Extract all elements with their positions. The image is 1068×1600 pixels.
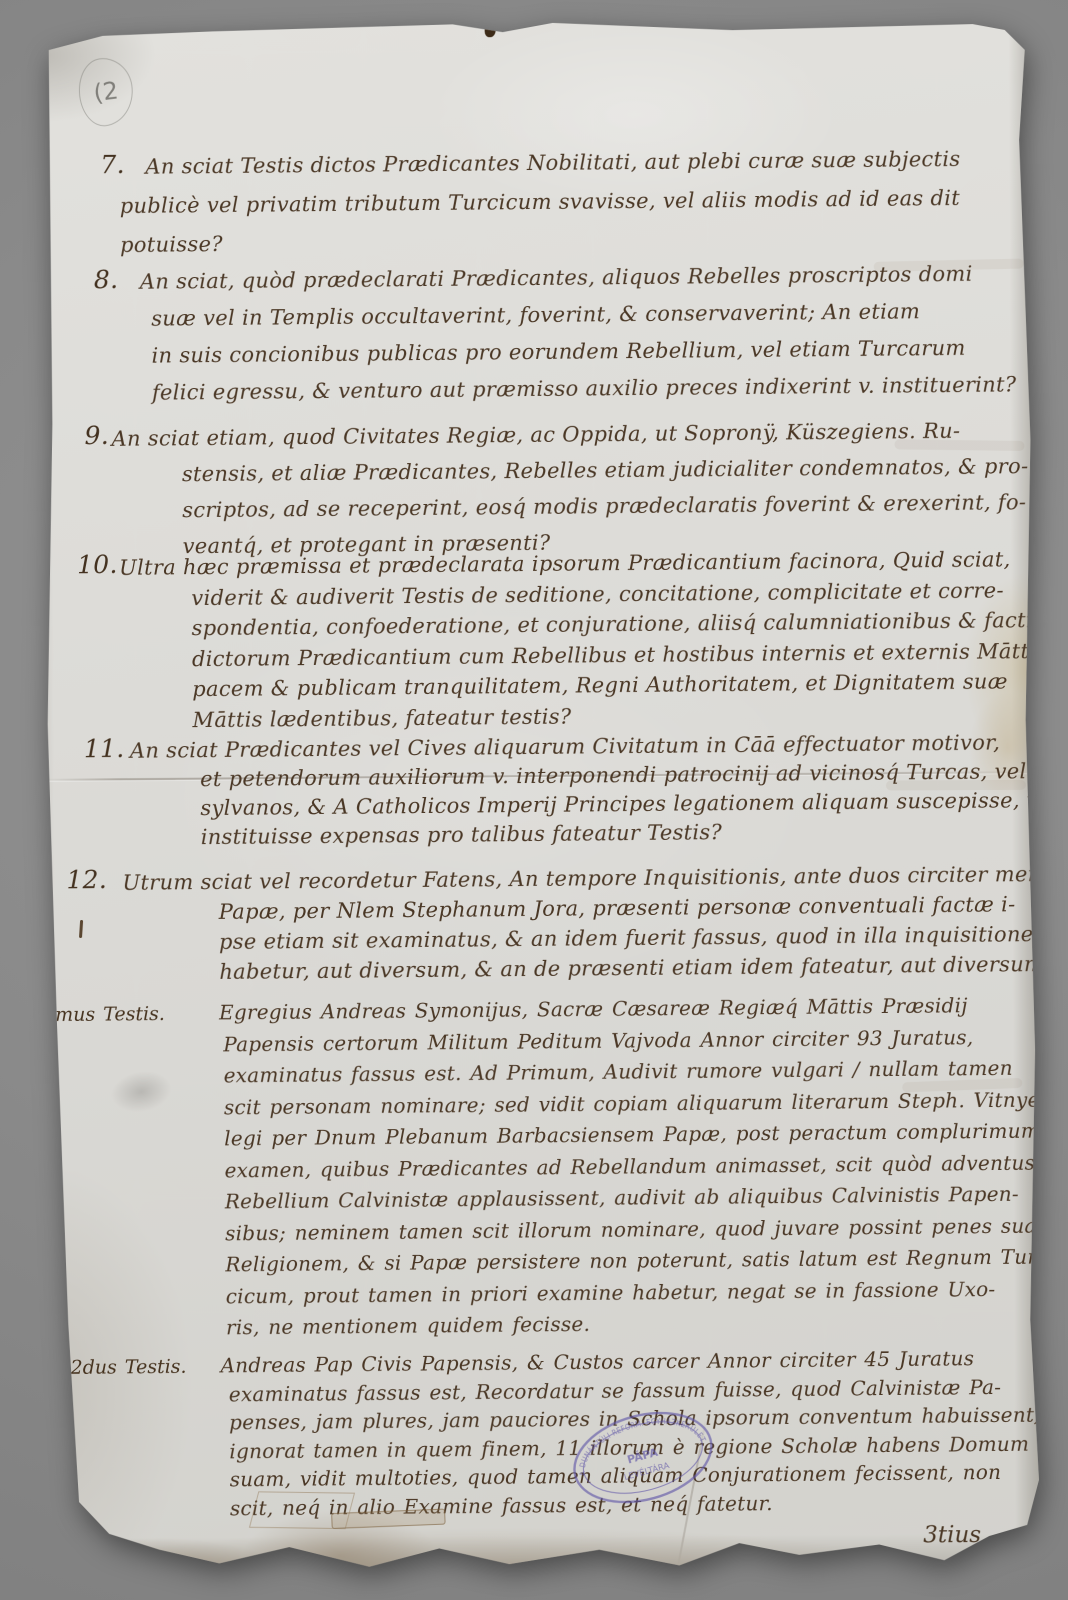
question-number: 12. — [66, 865, 107, 895]
manuscript-page: (2 7. An sciat Testis dictos Prædicantes… — [33, 20, 1042, 1572]
question-text: Ultra hæc præmissa et prædeclarata ipsor… — [119, 544, 1048, 736]
testimony-text: Egregius Andreas Symonijus, Sacræ Cæsare… — [219, 989, 1062, 1344]
margin-ink-tick — [79, 920, 83, 938]
scanned-manuscript-view: (2 7. An sciat Testis dictos Prædicantes… — [0, 0, 1068, 1600]
question-item-11: 11. An sciat Prædicantes vel Cives aliqu… — [130, 728, 1068, 853]
question-text: An sciat Testis dictos Prædicantes Nobil… — [145, 140, 961, 265]
question-text: Utrum sciat vel recordetur Fatens, An te… — [122, 859, 1068, 988]
question-text: An sciat Prædicantes vel Cives aliquarum… — [130, 728, 1068, 853]
question-item-9: 9. An sciat etiam, quod Civitates Regiæ,… — [111, 412, 1029, 565]
question-item-12: 12. Utrum sciat vel recordetur Fatens, A… — [122, 859, 1068, 988]
testimony-label: 1mus Testis. — [43, 999, 165, 1032]
testimony-label: 2dus Testis. — [70, 1353, 186, 1383]
question-number: 9. — [84, 418, 109, 454]
catchword: 3tius — [923, 1522, 981, 1548]
stamp-place: PÁPA — [626, 1446, 660, 1467]
repair-mark — [252, 1488, 420, 1538]
question-text: An sciat, quòd prædeclarati Prædicantes,… — [140, 255, 1017, 411]
question-text: An sciat etiam, quod Civitates Regiæ, ac… — [111, 412, 1029, 565]
testimony-item-1: 1mus Testis. Egregius Andreas Symonijus,… — [219, 989, 1062, 1344]
paper-wrap: (2 7. An sciat Testis dictos Prædicantes… — [33, 20, 1042, 1572]
question-number: 7. — [100, 145, 125, 184]
ink-speck — [485, 22, 496, 37]
pencil-smudge — [108, 1067, 174, 1117]
question-number: 11. — [84, 734, 125, 763]
question-item-10: 10. Ultra hæc præmissa et prædeclarata i… — [119, 544, 1048, 736]
question-item-8: 8. An sciat, quòd prædeclarati Prædicant… — [140, 255, 1017, 411]
repair-patch — [331, 1509, 446, 1529]
question-item-7: 7. An sciat Testis dictos Prædicantes No… — [145, 140, 961, 265]
pencil-page-number: (2 — [75, 55, 137, 129]
question-number: 8. — [94, 261, 119, 298]
question-number: 10. — [77, 550, 118, 581]
